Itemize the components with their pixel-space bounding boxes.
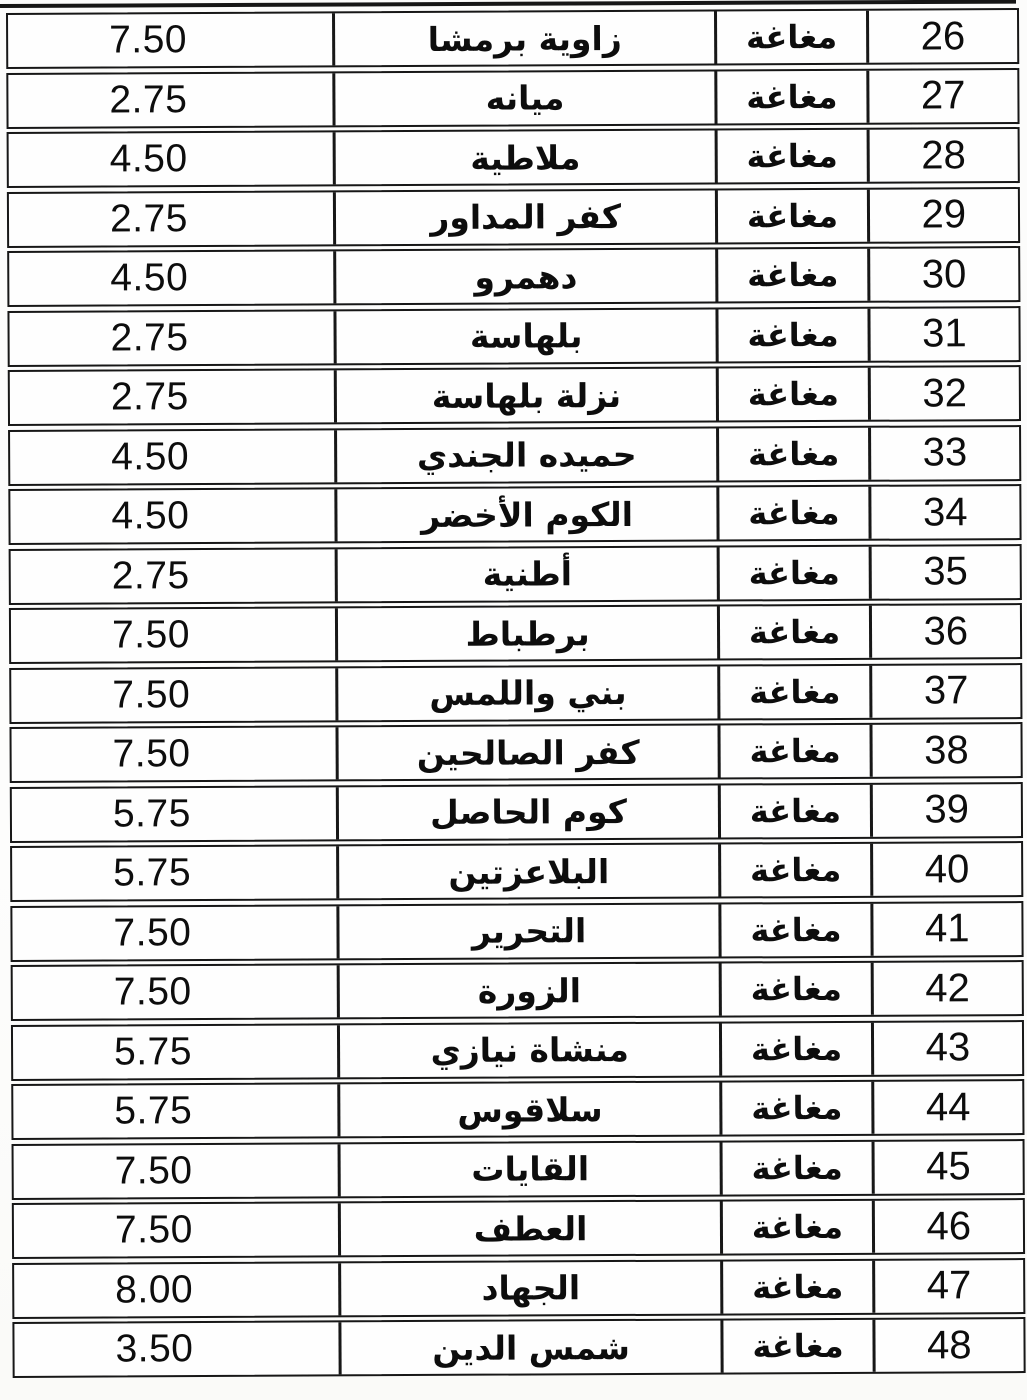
row-number-cell: 42 [873, 962, 1022, 1015]
table-row: 5.75 كوم الحاصل مغاغة 39 [10, 782, 1023, 843]
village-name-text: زاوية برمشا [428, 18, 622, 58]
district-text: مغاغة [749, 672, 840, 710]
village-name-text: أطنية [483, 554, 573, 593]
village-name-text: كفر المداور [430, 197, 621, 237]
table-row: 7.50 برطباط مغاغة 36 [9, 603, 1022, 664]
table-row: 7.50 الزورة مغاغة 42 [11, 960, 1024, 1021]
village-name-text: ملاطية [470, 138, 580, 178]
village-name-text: الكوم الأخضر [421, 494, 633, 534]
value-cell: 7.50 [11, 608, 338, 662]
row-number-text: 31 [922, 311, 967, 356]
value-text: 7.50 [112, 673, 190, 717]
district-text: مغاغة [752, 1208, 843, 1246]
row-number-text: 34 [923, 490, 968, 535]
district-cell: مغاغة [718, 70, 870, 123]
district-text: مغاغة [751, 1089, 842, 1127]
value-cell: 5.75 [13, 1025, 340, 1079]
district-cell: مغاغة [723, 1082, 875, 1135]
table-row: 2.75 بلهاسة مغاغة 31 [7, 306, 1020, 367]
row-number-text: 47 [927, 1263, 972, 1308]
district-text: مغاغة [749, 613, 840, 651]
value-cell: 5.75 [12, 846, 339, 900]
row-number-text: 45 [926, 1144, 971, 1189]
village-name-text: التحرير [472, 911, 587, 951]
village-name-text: منشاة نيازي [430, 1030, 629, 1070]
value-text: 7.50 [113, 732, 191, 776]
value-cell: 5.75 [12, 787, 339, 841]
value-text: 4.50 [110, 256, 188, 300]
row-number-cell: 45 [874, 1141, 1023, 1194]
district-text: مغاغة [748, 434, 839, 472]
district-cell: مغاغة [722, 1022, 874, 1075]
village-name-text: الجهاد [481, 1268, 580, 1307]
row-number-text: 46 [926, 1204, 971, 1249]
village-name-cell: زاوية برمشا [335, 12, 718, 66]
scanned-table: 7.50 زاوية برمشا مغاغة 26 2.75 ميانه مغا… [6, 8, 1026, 1381]
district-cell: مغاغة [722, 903, 874, 956]
district-cell: مغاغة [721, 725, 873, 778]
value-cell: 7.50 [11, 668, 338, 722]
village-name-cell: نزلة بلهاسة [337, 369, 720, 423]
village-name-text: شمس الدين [432, 1327, 630, 1367]
table-row: 7.50 زاوية برمشا مغاغة 26 [6, 8, 1019, 69]
value-cell: 7.50 [14, 1203, 341, 1257]
table-row: 7.50 كفر الصالحين مغاغة 38 [9, 722, 1022, 783]
table-row: 7.50 القايات مغاغة 45 [12, 1139, 1025, 1200]
village-name-cell: بني واللمس [338, 666, 721, 720]
district-text: مغاغة [748, 494, 839, 532]
village-name-cell: أطنية [338, 547, 721, 601]
village-name-cell: منشاة نيازي [340, 1023, 723, 1077]
district-text: مغاغة [746, 18, 837, 56]
district-text: مغاغة [747, 137, 838, 175]
value-text: 7.50 [112, 613, 190, 657]
district-text: مغاغة [752, 1327, 843, 1365]
table-row: 7.50 العطف مغاغة 46 [12, 1198, 1025, 1259]
district-cell: مغاغة [723, 1260, 875, 1313]
table-row: 5.75 البلاعزتين مغاغة 40 [10, 841, 1023, 902]
row-number-text: 39 [924, 787, 969, 832]
district-cell: مغاغة [718, 249, 870, 302]
row-number-cell: 43 [874, 1022, 1023, 1075]
table-row: 4.50 حميده الجندي مغاغة 33 [8, 425, 1021, 486]
value-cell: 4.50 [10, 489, 337, 543]
district-cell: مغاغة [719, 308, 871, 361]
row-number-text: 28 [921, 133, 966, 178]
district-cell: مغاغة [719, 427, 871, 480]
district-cell: مغاغة [721, 844, 873, 897]
row-number-text: 32 [922, 371, 967, 416]
village-name-text: القايات [471, 1149, 589, 1189]
village-name-text: نزلة بلهاسة [432, 375, 622, 415]
village-name-cell: البلاعزتين [339, 845, 722, 899]
village-name-cell: برطباط [338, 607, 721, 661]
value-text: 8.00 [115, 1268, 193, 1312]
value-cell: 3.50 [14, 1322, 341, 1376]
value-text: 5.75 [114, 1030, 192, 1074]
value-cell: 7.50 [11, 727, 338, 781]
value-text: 3.50 [115, 1327, 193, 1371]
table-row: 2.75 كفر المداور مغاغة 29 [7, 187, 1020, 248]
value-text: 2.75 [111, 375, 189, 419]
village-name-cell: حميده الجندي [337, 428, 720, 482]
value-text: 2.75 [109, 78, 187, 122]
value-cell: 2.75 [8, 73, 335, 127]
value-text: 5.75 [113, 792, 191, 836]
value-text: 7.50 [115, 1149, 193, 1193]
table-row: 8.00 الجهاد مغاغة 47 [12, 1258, 1025, 1319]
village-name-text: دهمرو [474, 257, 577, 297]
value-cell: 7.50 [13, 965, 340, 1019]
village-name-cell: الكوم الأخضر [337, 488, 720, 542]
value-text: 4.50 [111, 435, 189, 479]
value-cell: 4.50 [10, 430, 337, 484]
district-text: مغاغة [746, 77, 837, 115]
value-cell: 7.50 [8, 13, 335, 67]
village-name-text: سلاقوس [457, 1090, 603, 1130]
scanned-page: 7.50 زاوية برمشا مغاغة 26 2.75 ميانه مغا… [0, 0, 1027, 1400]
district-text: مغاغة [752, 1267, 843, 1305]
row-number-text: 26 [921, 14, 966, 59]
table-row: 4.50 دهمرو مغاغة 30 [7, 246, 1020, 307]
row-number-cell: 29 [870, 189, 1019, 242]
village-name-cell: شمس الدين [341, 1321, 724, 1375]
village-name-text: حميده الجندي [417, 435, 637, 475]
value-text: 7.50 [113, 911, 191, 955]
row-number-cell: 46 [874, 1200, 1023, 1253]
table-row: 2.75 نزلة بلهاسة مغاغة 32 [8, 365, 1021, 426]
row-number-cell: 48 [875, 1319, 1024, 1372]
district-text: مغاغة [751, 1148, 842, 1186]
district-cell: مغاغة [720, 487, 872, 540]
value-text: 7.50 [109, 18, 187, 62]
row-number-cell: 44 [874, 1081, 1023, 1134]
district-text: مغاغة [751, 970, 842, 1008]
row-number-text: 40 [925, 847, 970, 892]
row-number-text: 30 [922, 252, 967, 297]
row-number-text: 35 [923, 549, 968, 594]
village-name-cell: الجهاد [341, 1261, 724, 1315]
row-number-text: 41 [925, 906, 970, 951]
value-text: 7.50 [115, 1208, 193, 1252]
district-text: مغاغة [747, 256, 838, 294]
village-name-cell: بلهاسة [336, 309, 719, 363]
row-number-cell: 28 [869, 129, 1018, 182]
village-name-text: كفر الصالحين [417, 732, 640, 772]
value-cell: 8.00 [14, 1263, 341, 1317]
table-row: 3.50 شمس الدين مغاغة 48 [12, 1317, 1025, 1378]
district-cell: مغاغة [720, 606, 872, 659]
village-name-text: كوم الحاصل [430, 792, 627, 832]
village-name-text: الزورة [478, 971, 581, 1011]
value-cell: 2.75 [9, 192, 336, 246]
row-number-text: 48 [927, 1323, 972, 1368]
village-name-cell: العطف [341, 1202, 724, 1256]
district-cell: مغاغة [717, 11, 869, 64]
value-cell: 7.50 [14, 1144, 341, 1198]
district-cell: مغاغة [721, 784, 873, 837]
table-row: 2.75 أطنية مغاغة 35 [9, 544, 1022, 605]
row-number-cell: 26 [869, 10, 1018, 63]
value-text: 4.50 [110, 137, 188, 181]
row-number-cell: 33 [871, 427, 1020, 480]
district-cell: مغاغة [718, 189, 870, 242]
village-name-cell: التحرير [339, 904, 722, 958]
village-name-text: ميانه [486, 78, 565, 117]
row-number-cell: 32 [870, 367, 1019, 420]
value-cell: 4.50 [9, 251, 336, 305]
table-row: 5.75 منشاة نيازي مغاغة 43 [11, 1020, 1024, 1081]
district-cell: مغاغة [719, 368, 871, 421]
district-cell: مغاغة [723, 1141, 875, 1194]
village-name-cell: كفر الصالحين [338, 726, 721, 780]
district-cell: مغاغة [721, 665, 873, 718]
row-number-cell: 30 [870, 248, 1019, 301]
village-name-cell: كوم الحاصل [339, 785, 722, 839]
row-number-cell: 40 [873, 843, 1022, 896]
row-number-text: 44 [926, 1085, 971, 1130]
row-number-text: 27 [921, 73, 966, 118]
row-number-cell: 36 [872, 605, 1021, 658]
district-text: مغاغة [748, 375, 839, 413]
row-number-text: 43 [926, 1025, 971, 1070]
district-text: مغاغة [750, 791, 841, 829]
value-text: 7.50 [114, 970, 192, 1014]
row-number-cell: 35 [871, 546, 1020, 599]
district-text: مغاغة [750, 910, 841, 948]
row-number-cell: 37 [872, 665, 1021, 718]
value-text: 5.75 [114, 1089, 192, 1133]
value-cell: 2.75 [11, 549, 338, 603]
row-number-cell: 39 [872, 784, 1021, 837]
table-row: 2.75 ميانه مغاغة 27 [6, 68, 1019, 129]
district-text: مغاغة [749, 553, 840, 591]
row-number-text: 29 [921, 192, 966, 237]
row-number-cell: 31 [870, 308, 1019, 361]
value-cell: 4.50 [9, 132, 336, 186]
district-text: مغاغة [747, 196, 838, 234]
table-row: 5.75 سلاقوس مغاغة 44 [11, 1079, 1024, 1140]
district-cell: مغاغة [722, 963, 874, 1016]
village-name-cell: ملاطية [335, 131, 718, 185]
row-number-text: 38 [924, 728, 969, 773]
row-number-cell: 34 [871, 486, 1020, 539]
row-number-cell: 38 [872, 724, 1021, 777]
value-text: 2.75 [110, 197, 188, 241]
district-cell: مغاغة [724, 1320, 876, 1373]
table-row: 4.50 ملاطية مغاغة 28 [7, 127, 1020, 188]
village-name-cell: القايات [340, 1142, 723, 1196]
district-cell: مغاغة [720, 546, 872, 599]
village-name-cell: دهمرو [336, 250, 719, 304]
value-text: 2.75 [112, 554, 190, 598]
row-number-cell: 27 [869, 70, 1018, 123]
table-row: 7.50 التحرير مغاغة 41 [10, 901, 1023, 962]
table-row: 4.50 الكوم الأخضر مغاغة 34 [8, 484, 1021, 545]
district-text: مغاغة [750, 851, 841, 889]
value-cell: 5.75 [13, 1084, 340, 1138]
row-number-text: 36 [924, 609, 969, 654]
table-row: 7.50 بني واللمس مغاغة 37 [9, 663, 1022, 724]
value-text: 4.50 [111, 494, 189, 538]
previous-row-edge-line [0, 0, 1016, 8]
village-name-text: برطباط [465, 614, 589, 654]
district-text: مغاغة [747, 315, 838, 353]
village-name-cell: سلاقوس [340, 1083, 723, 1137]
district-cell: مغاغة [718, 130, 870, 183]
value-cell: 2.75 [9, 311, 336, 365]
village-name-text: البلاعزتين [448, 852, 609, 892]
value-cell: 7.50 [12, 906, 339, 960]
district-text: مغاغة [751, 1029, 842, 1067]
village-name-text: بلهاسة [470, 316, 583, 356]
row-number-cell: 47 [875, 1260, 1024, 1313]
value-text: 5.75 [113, 851, 191, 895]
village-name-cell: ميانه [335, 71, 718, 125]
row-number-text: 42 [925, 966, 970, 1011]
village-name-text: العطف [474, 1209, 588, 1249]
row-number-text: 33 [923, 430, 968, 475]
district-cell: مغاغة [723, 1201, 875, 1254]
village-name-text: بني واللمس [429, 673, 626, 713]
row-number-cell: 41 [873, 903, 1022, 956]
value-text: 2.75 [110, 316, 188, 360]
village-name-cell: الزورة [340, 964, 723, 1018]
row-number-text: 37 [924, 668, 969, 713]
district-text: مغاغة [749, 732, 840, 770]
village-name-cell: كفر المداور [336, 190, 719, 244]
value-cell: 2.75 [10, 370, 337, 424]
